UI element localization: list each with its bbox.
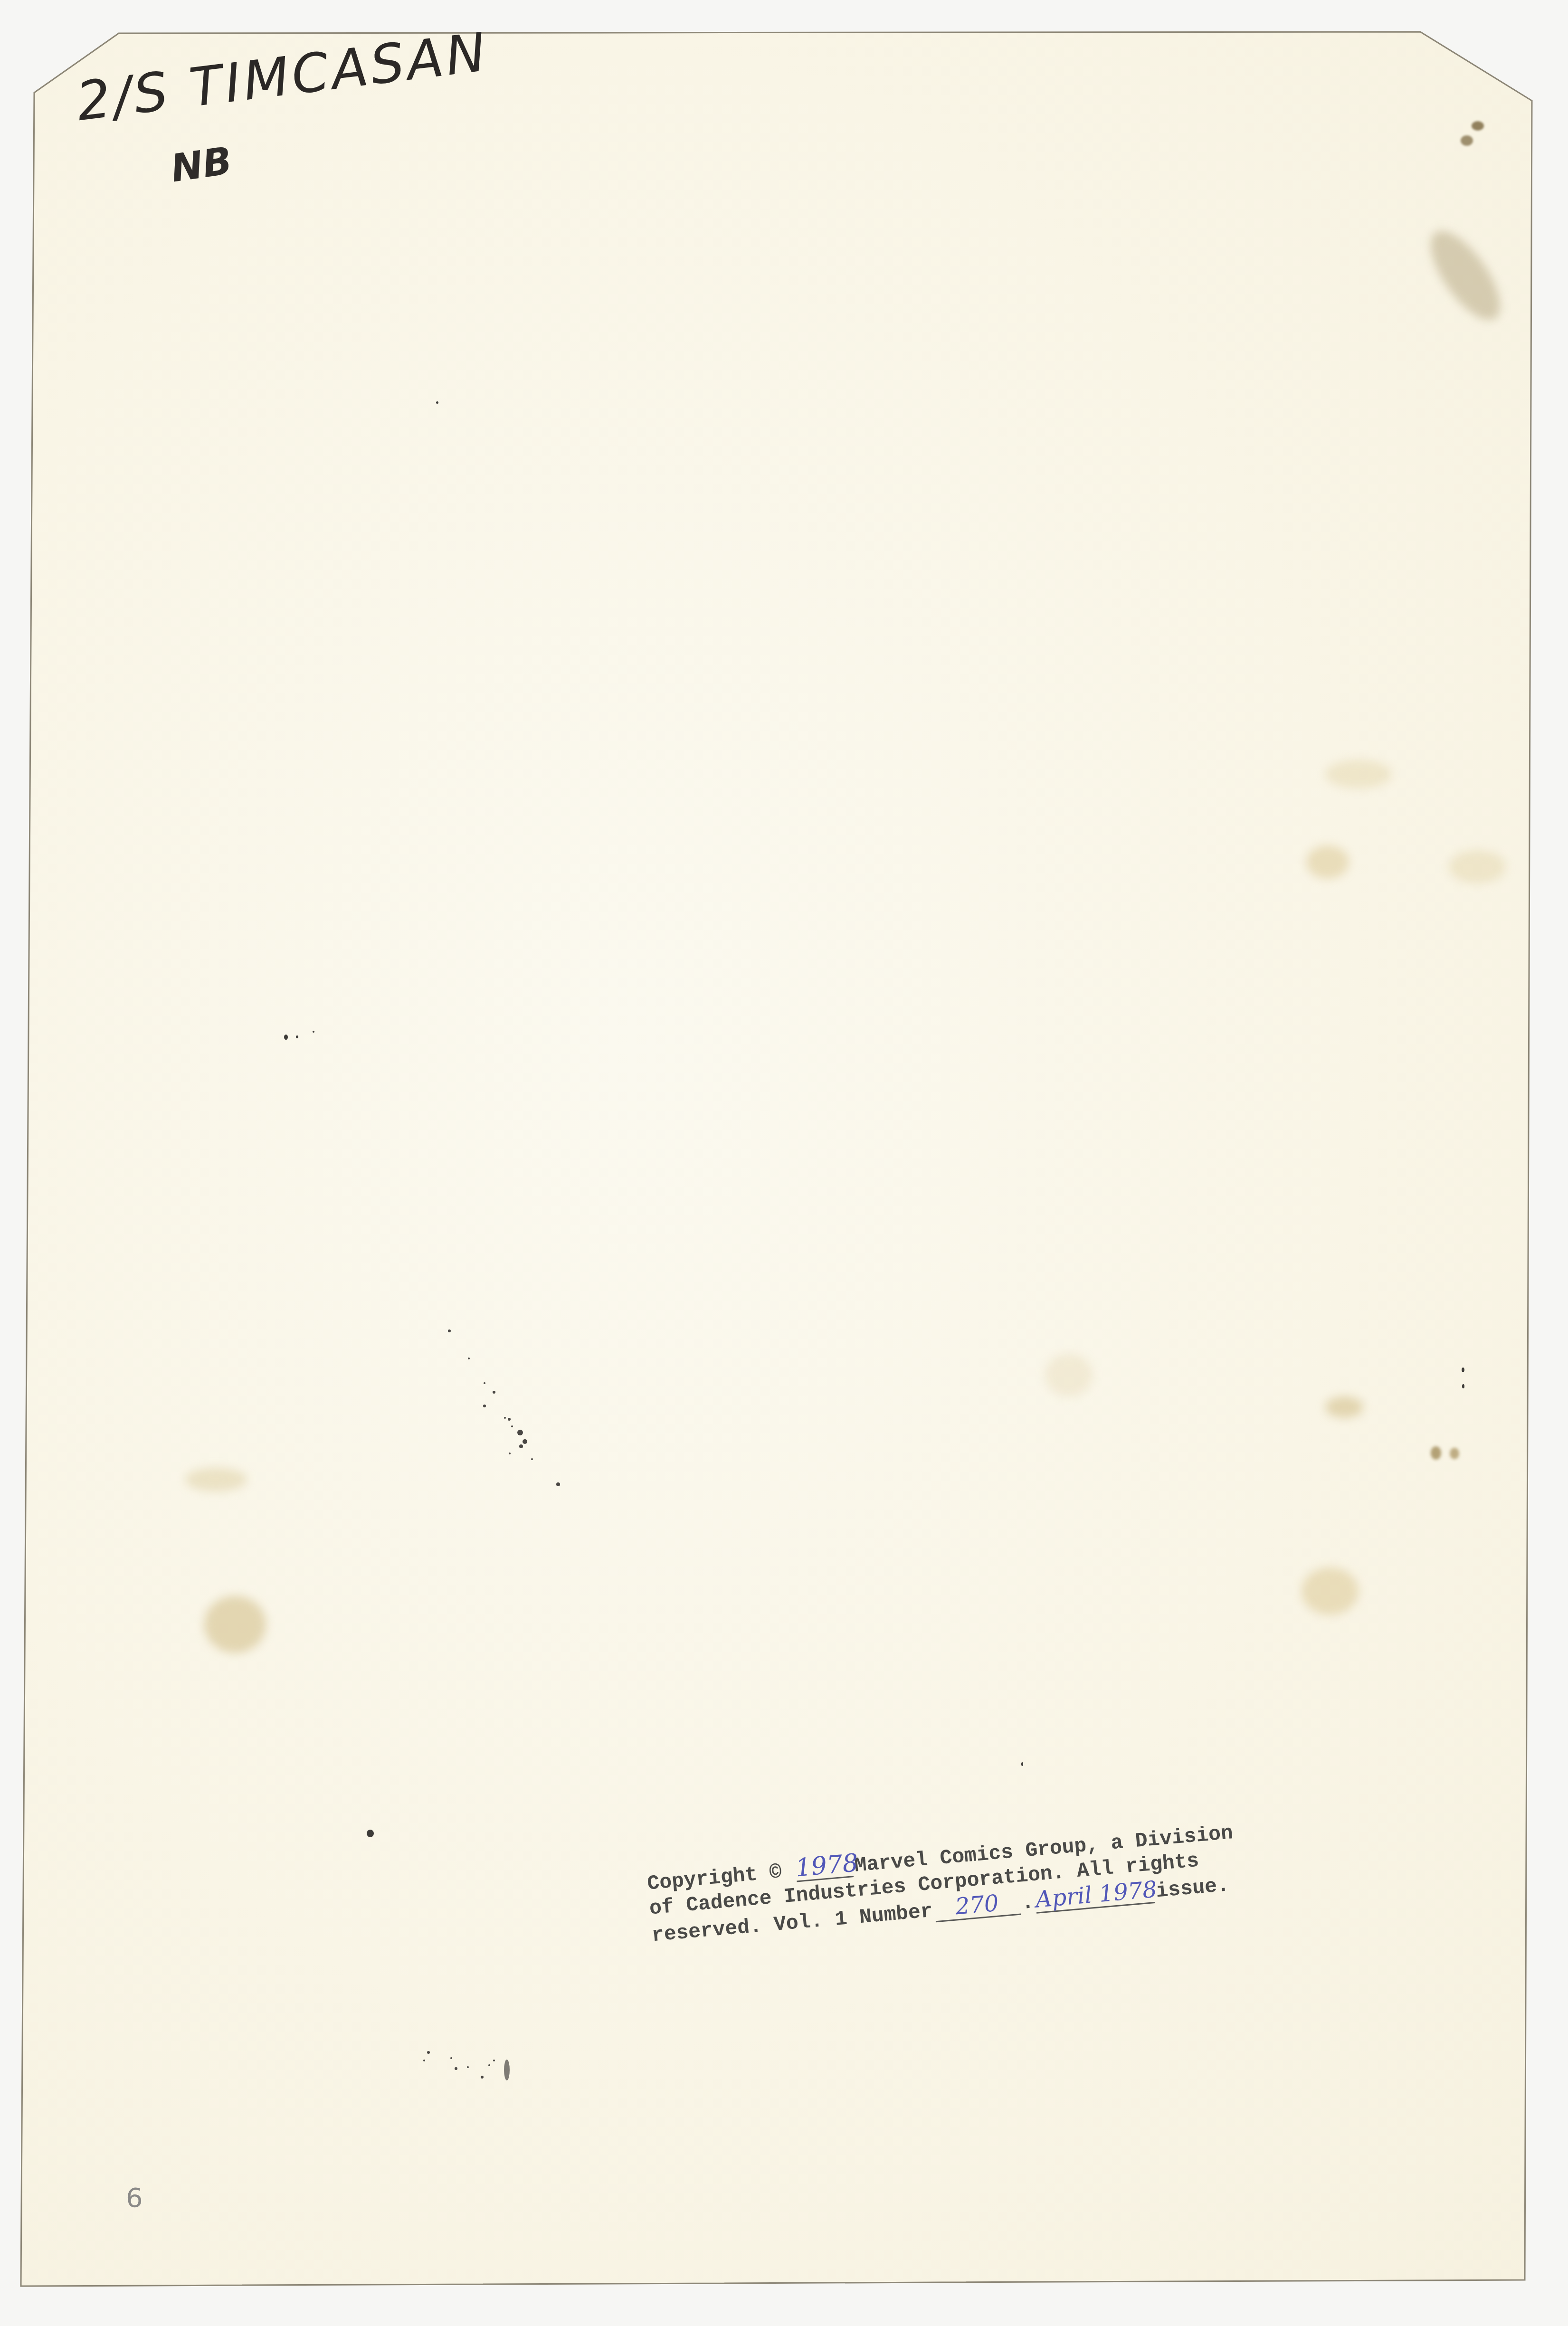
handwritten-copyright-year: 1978 [794, 1851, 853, 1882]
stain-top-right-dot-1 [1472, 121, 1484, 131]
stain-right-mid-3 [1449, 850, 1506, 883]
stain-left-small [185, 1468, 247, 1491]
ink-dot [313, 1031, 314, 1033]
artboard-paper-back [0, 0, 1568, 2326]
stain-right-low-3 [1450, 1448, 1459, 1459]
ink-dot [1462, 1367, 1464, 1372]
stain-right-low-1 [1325, 1396, 1363, 1418]
stain-center-faint [1045, 1354, 1093, 1396]
stain-right-mid-1 [1306, 845, 1349, 879]
stain-top-right-dot-2 [1461, 135, 1473, 146]
ink-dot-large [367, 1830, 374, 1837]
ink-dot [284, 1035, 288, 1040]
ink-dot [1462, 1384, 1464, 1388]
stamp-separator: . [1021, 1890, 1035, 1915]
ink-dot [296, 1035, 298, 1038]
stain-right-low-2 [1431, 1446, 1441, 1460]
ink-dot [436, 401, 438, 404]
stain-right-bottom [1302, 1586, 1302, 1587]
handwritten-initials: NB [168, 139, 235, 191]
stain-left-large [204, 1596, 266, 1653]
handwritten-page-number: 6 [126, 2183, 143, 2213]
stain-right-lower [1302, 1567, 1359, 1615]
ink-dot [1021, 1762, 1023, 1766]
stain-right-mid-2 [1325, 760, 1392, 788]
